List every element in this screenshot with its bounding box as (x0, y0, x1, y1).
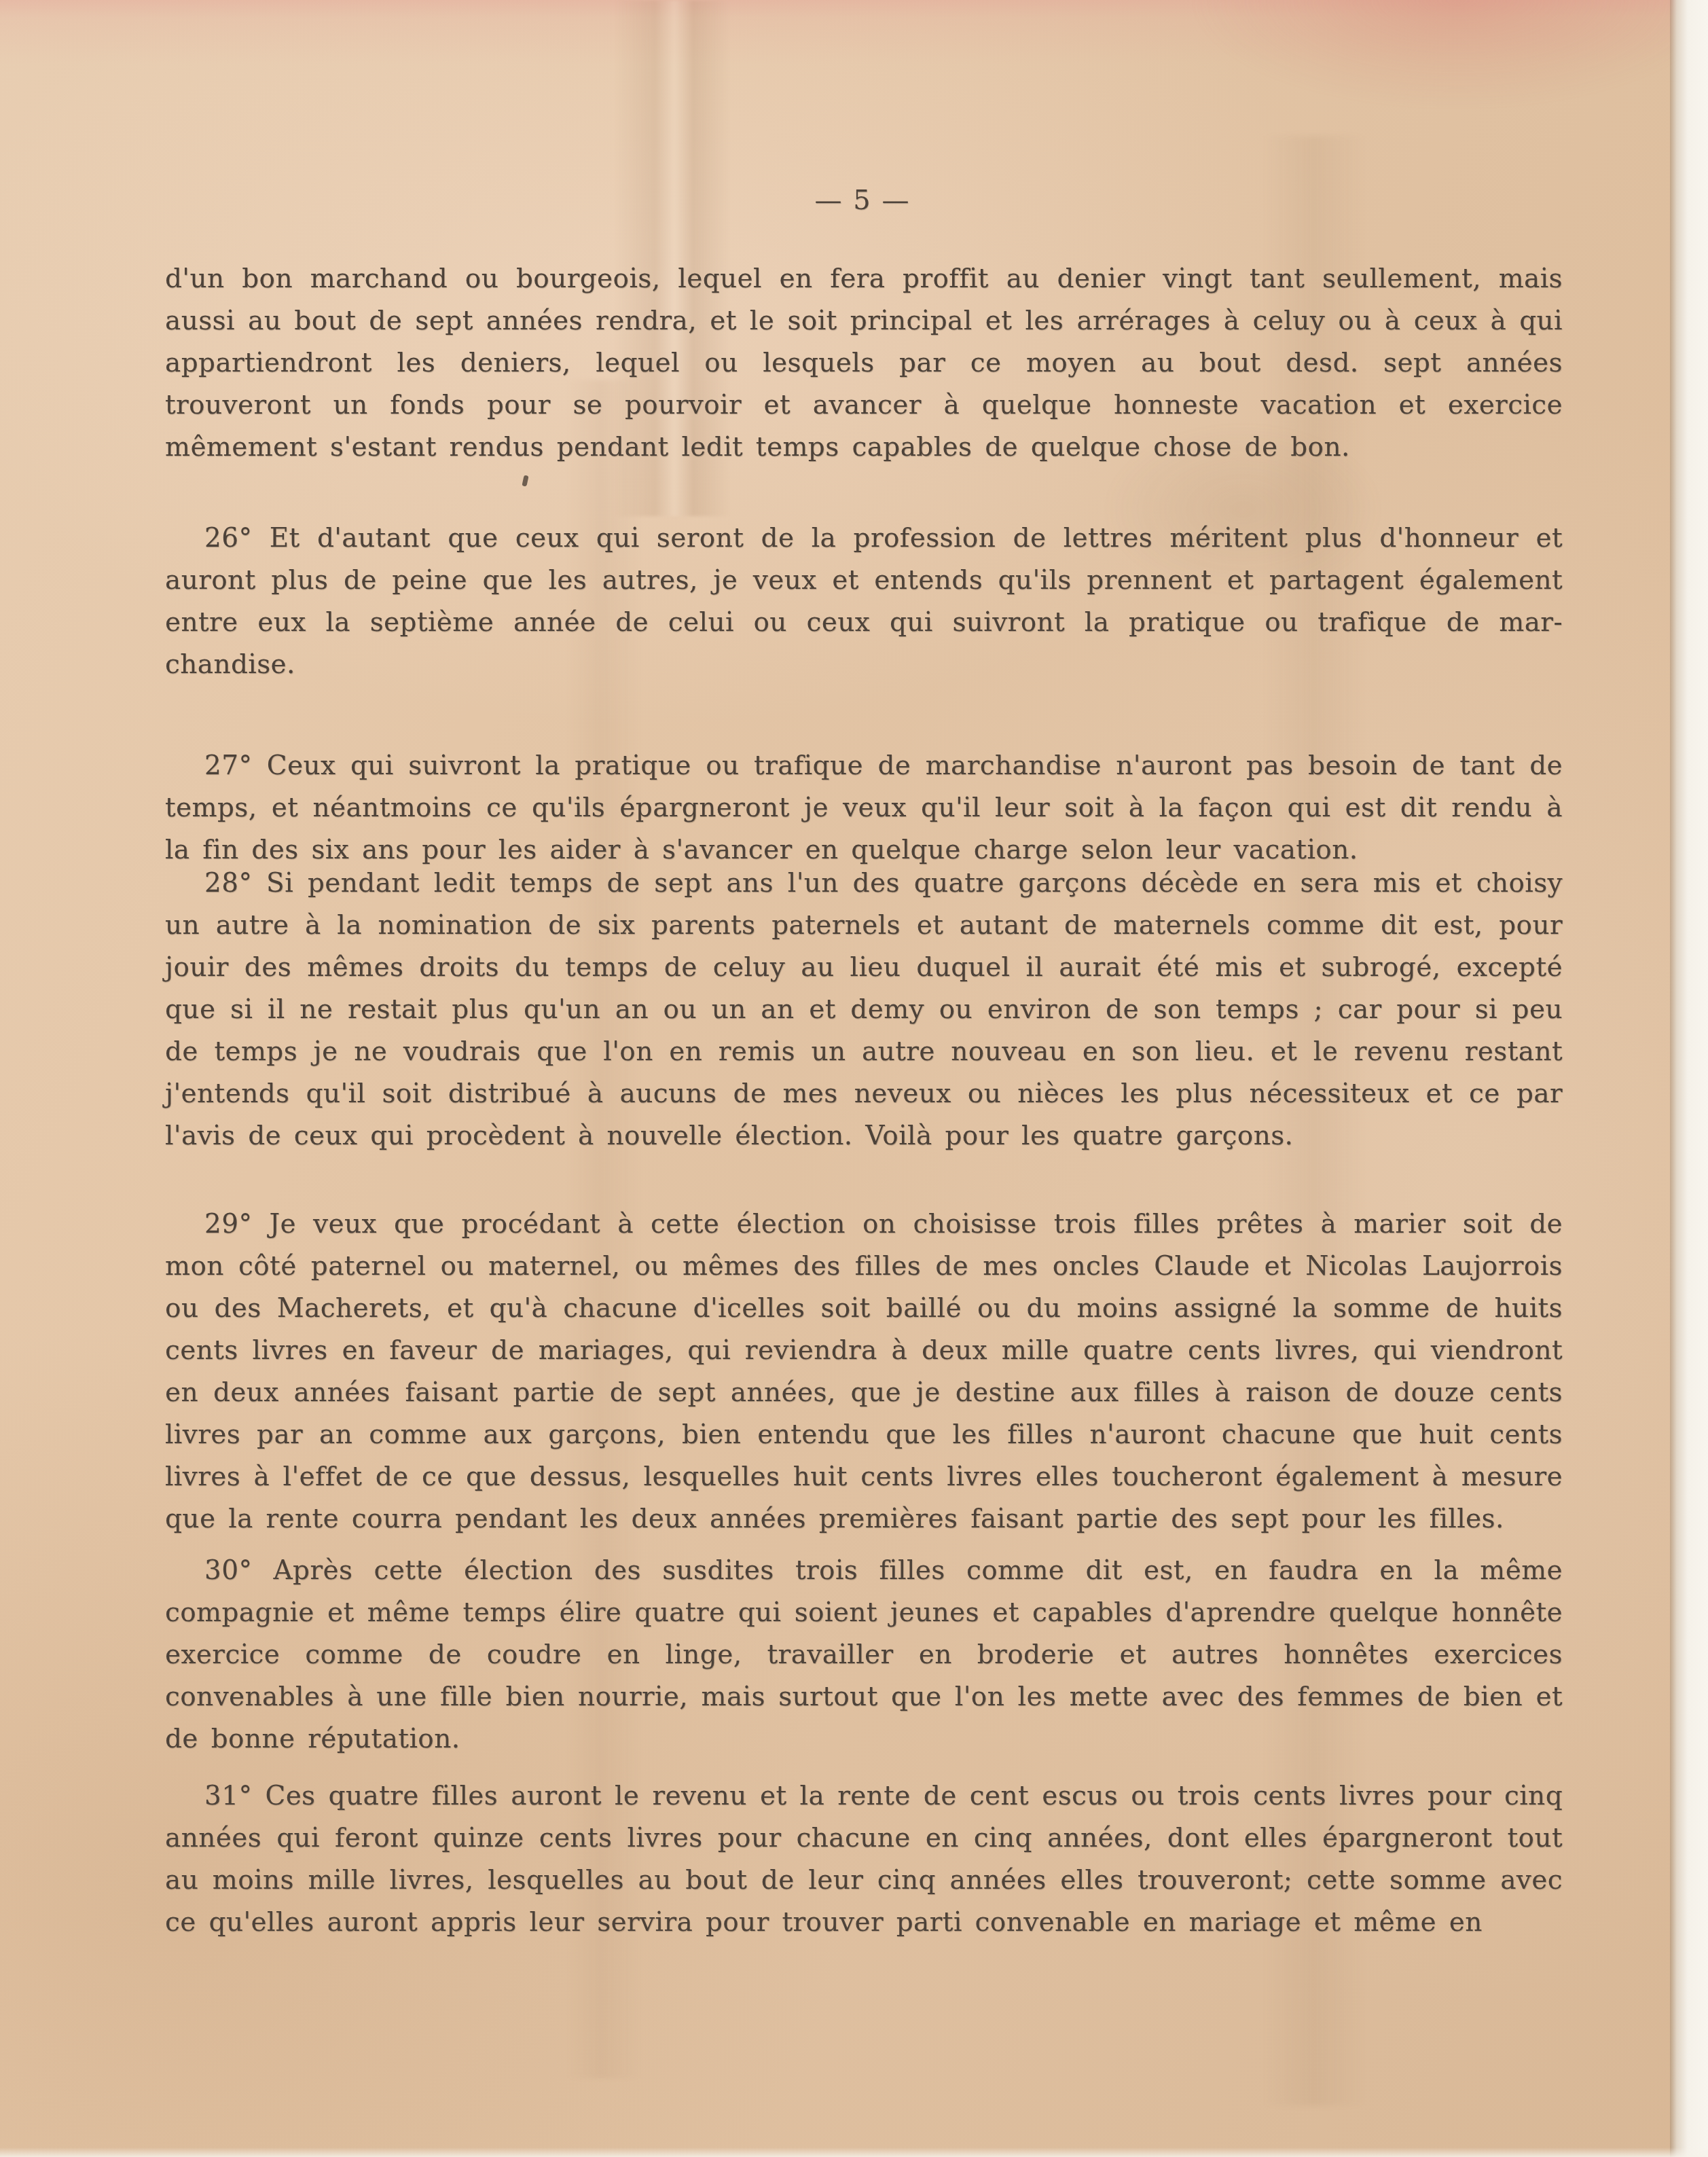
paragraph-item-29: 29° Je veux que procédant à cette électi… (165, 1203, 1563, 1540)
scan-edge-bottom (0, 2147, 1708, 2157)
scan-edge-right (1670, 0, 1708, 2157)
page-number: — 5 — (163, 185, 1562, 216)
paragraph-item-26: 26° Et d'autant que ceux qui seront de l… (165, 518, 1563, 686)
ink-speck (522, 475, 528, 486)
paragraph-intro-continuation: d'un bon marchand ou bourgeois, lequel e… (165, 258, 1563, 469)
paragraph-item-30: 30° Après cette élection des susdites tr… (165, 1550, 1563, 1760)
paragraph-item-28: 28° Si pendant ledit temps de sept ans l… (165, 863, 1563, 1157)
paragraph-item-27: 27° Ceux qui suivront la pratique ou tra… (165, 745, 1563, 871)
paragraph-item-31: 31° Ces quatre filles auront le revenu e… (165, 1775, 1563, 1944)
paper-stain-top-right (1188, 0, 1677, 109)
scanned-document-page: — 5 — d'un bon marchand ou bourgeois, le… (0, 0, 1708, 2157)
